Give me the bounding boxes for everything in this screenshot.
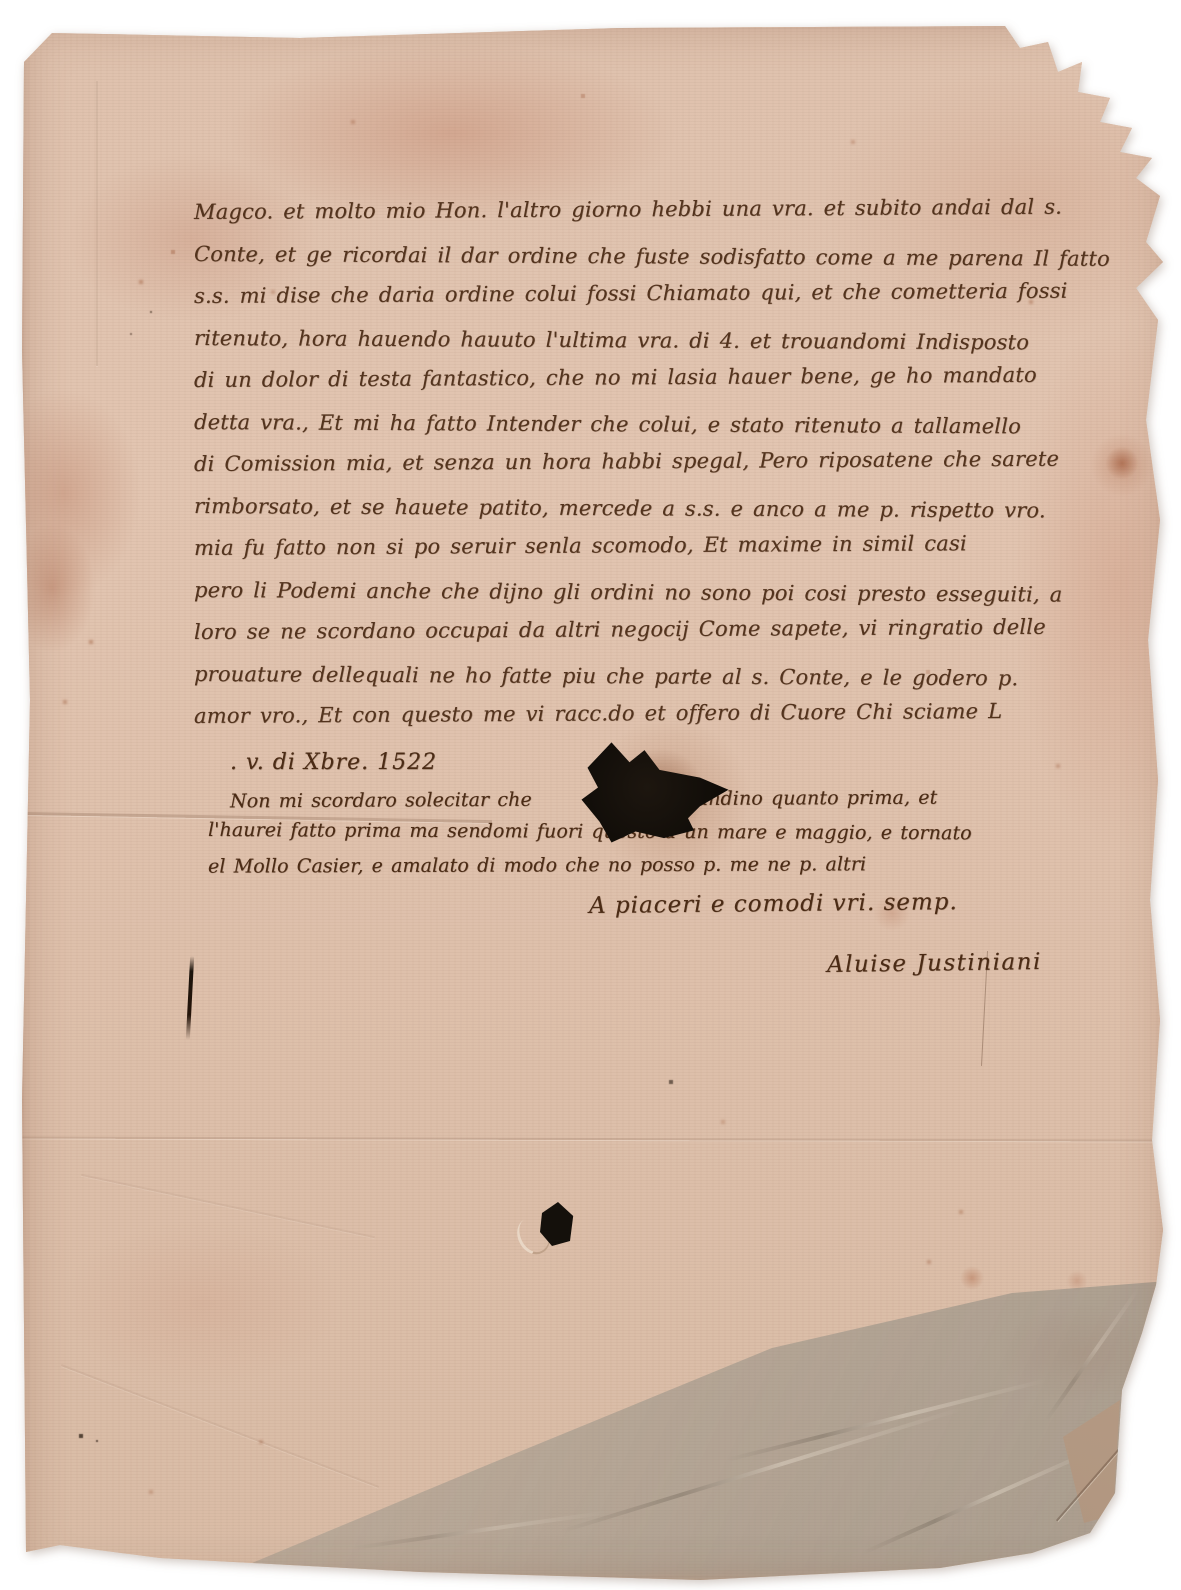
edge-shading bbox=[22, 23, 1167, 1583]
manuscript-page-wrap: Magco. et molto mio Hon. l'altro giorno … bbox=[22, 23, 1167, 1583]
foxing-spots bbox=[22, 23, 24, 25]
manuscript-page: Magco. et molto mio Hon. l'altro giorno … bbox=[22, 23, 1167, 1583]
ink-specks bbox=[22, 23, 24, 25]
scan-background: Magco. et molto mio Hon. l'altro giorno … bbox=[0, 0, 1181, 1590]
